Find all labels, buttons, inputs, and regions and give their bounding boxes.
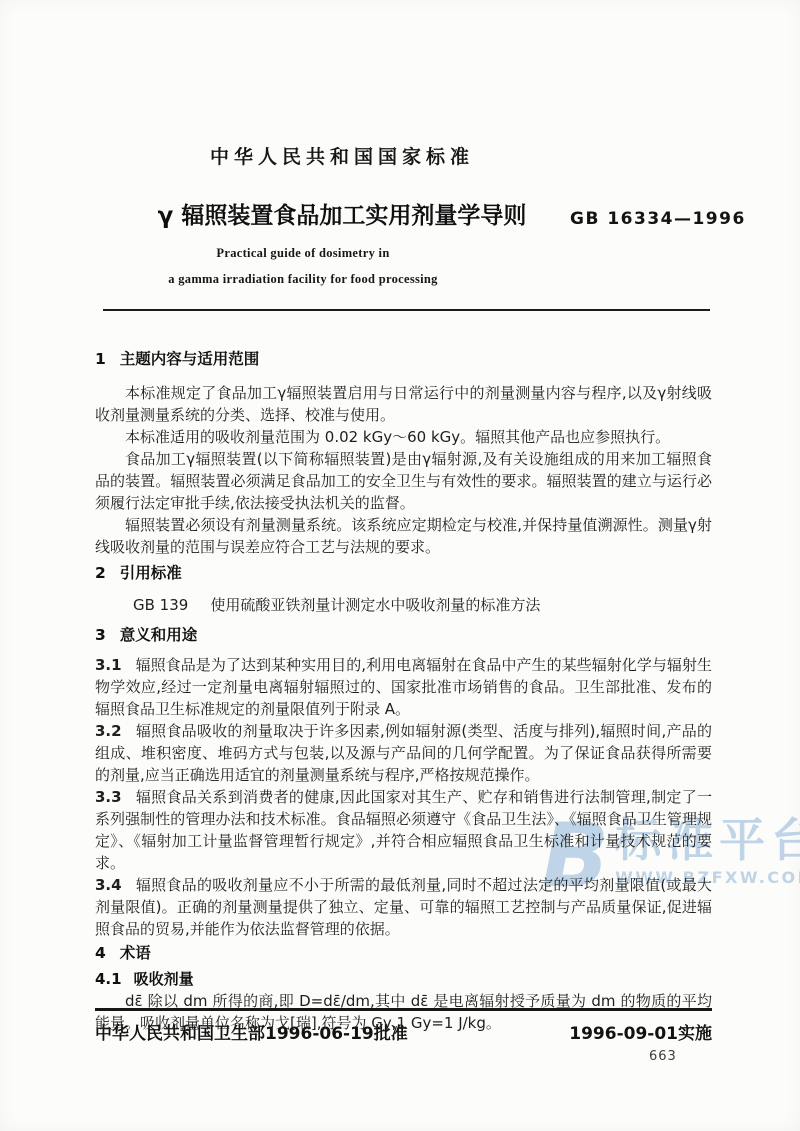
- national-standard-label: 中华人民共和国国家标准: [0, 142, 684, 169]
- absorbed-dose-definition: dε̄ 除以 dm 所得的商,即 D=dε̄/dm,其中 dε̄ 是电离辐射授予…: [95, 990, 712, 1034]
- section-4-number: 4: [95, 944, 106, 962]
- clause-3-4: 3.4辐照食品的吸收剂量应不小于所需的最低剂量,同时不超过法定的平均剂量限值(或…: [95, 874, 712, 940]
- clause-3-2: 3.2辐照食品吸收的剂量取决于许多因素,例如辐射源(类型、活度与排列),辐照时间…: [95, 720, 712, 786]
- header-divider: [103, 309, 710, 311]
- section-1-heading: 1主题内容与适用范围: [95, 348, 712, 370]
- section-3-number: 3: [95, 626, 106, 644]
- clause-3-1-number: 3.1: [95, 656, 122, 674]
- clause-3-3: 3.3辐照食品关系到消费者的健康,因此国家对其生产、贮存和销售进行法制管理,制定…: [95, 786, 712, 874]
- section-2-title: 引用标准: [120, 564, 182, 582]
- clause-4-1-heading: 4.1吸收剂量: [95, 968, 712, 990]
- english-title-line1: Practical guide of dosimetry in: [0, 246, 606, 261]
- section-references: 2引用标准 GB 139使用硫酸亚铁剂量计测定水中吸收剂量的标准方法: [95, 562, 712, 616]
- scope-paragraph-1: 本标准规定了食品加工γ辐照装置启用与日常运行中的剂量测量内容与程序,以及γ射线吸…: [95, 382, 712, 426]
- section-2-heading: 2引用标准: [95, 562, 712, 584]
- section-2-number: 2: [95, 564, 106, 582]
- scope-paragraph-2: 本标准适用的吸收剂量范围为 0.02 kGy～60 kGy。辐照其他产品也应参照…: [95, 426, 712, 448]
- clause-3-2-number: 3.2: [95, 722, 122, 740]
- reference-title: 使用硫酸亚铁剂量计测定水中吸收剂量的标准方法: [210, 596, 540, 614]
- document-body: 1主题内容与适用范围 本标准规定了食品加工γ辐照装置启用与日常运行中的剂量测量内…: [95, 340, 712, 1034]
- clause-3-2-text: 辐照食品吸收的剂量取决于许多因素,例如辐射源(类型、活度与排列),辐照时间,产品…: [95, 722, 712, 784]
- page-number: 663: [649, 1049, 677, 1064]
- document-page: 中华人民共和国国家标准 γ 辐照装置食品加工实用剂量学导则 GB 16334—1…: [0, 0, 800, 1131]
- clause-3-4-number: 3.4: [95, 876, 122, 894]
- standard-number: GB 16334—1996: [570, 209, 746, 229]
- scope-paragraph-3: 食品加工γ辐照装置(以下简称辐照装置)是由γ辐射源,及有关设施组成的用来加工辐照…: [95, 448, 712, 514]
- section-significance: 3意义和用途 3.1辐照食品是为了达到某种实用目的,利用电离辐射在食品中产生的某…: [95, 624, 712, 940]
- clause-3-3-number: 3.3: [95, 788, 122, 806]
- reference-entry: GB 139使用硫酸亚铁剂量计测定水中吸收剂量的标准方法: [95, 594, 712, 616]
- section-4-title: 术语: [120, 944, 151, 962]
- section-terms: 4术语 4.1吸收剂量 dε̄ 除以 dm 所得的商,即 D=dε̄/dm,其中…: [95, 942, 712, 1034]
- english-title-line2: a gamma irradiation facility for food pr…: [0, 272, 606, 287]
- clause-4-1-title: 吸收剂量: [134, 970, 194, 988]
- clause-4-1-number: 4.1: [95, 970, 122, 988]
- clause-3-1: 3.1辐照食品是为了达到某种实用目的,利用电离辐射在食品中产生的某些辐射化学与辐…: [95, 654, 712, 720]
- section-1-number: 1: [95, 350, 106, 368]
- section-1-title: 主题内容与适用范围: [120, 350, 260, 368]
- section-3-title: 意义和用途: [120, 626, 198, 644]
- clause-3-3-text: 辐照食品关系到消费者的健康,因此国家对其生产、贮存和销售进行法制管理,制定了一系…: [95, 788, 712, 872]
- clause-3-4-text: 辐照食品的吸收剂量应不小于所需的最低剂量,同时不超过法定的平均剂量限值(或最大剂…: [95, 876, 712, 938]
- scope-paragraph-4: 辐照装置必须设有剂量测量系统。该系统应定期检定与校准,并保持量值溯源性。测量γ射…: [95, 514, 712, 558]
- section-3-heading: 3意义和用途: [95, 624, 712, 646]
- section-scope: 1主题内容与适用范围 本标准规定了食品加工γ辐照装置启用与日常运行中的剂量测量内…: [95, 348, 712, 558]
- reference-number: GB 139: [133, 596, 188, 614]
- section-4-heading: 4术语: [95, 942, 712, 964]
- clause-3-1-text: 辐照食品是为了达到某种实用目的,利用电离辐射在食品中产生的某些辐射化学与辐射生物…: [95, 656, 712, 718]
